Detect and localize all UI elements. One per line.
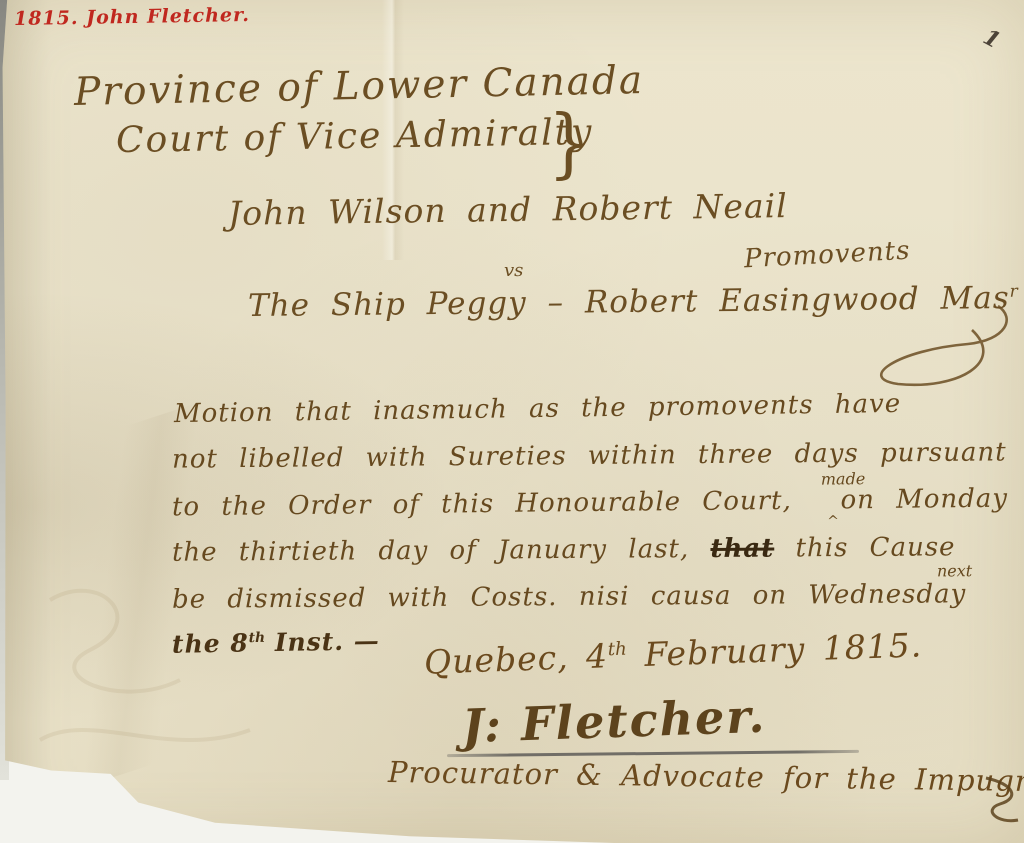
inst-dash: —: [344, 626, 380, 656]
inst-sup: th: [249, 630, 266, 646]
paper-sheet: 1815. John Fletcher. 1 Province of Lower…: [0, 0, 1024, 843]
dateline-sup: th: [607, 639, 627, 661]
body-line-3-cont: on Monday: [840, 484, 1008, 516]
body-line-6: the 8th Inst. —: [172, 626, 380, 659]
body-line-1: Motion that inasmuch as the promovents h…: [174, 389, 902, 429]
interlinear-insertion: made^: [813, 486, 820, 516]
inserted-word-next: next: [937, 561, 972, 580]
ship-caption-line: The Ship Peggy – Robert Easingwood Masr: [248, 280, 1018, 324]
body-line-5: be dismissed with Costs. nisi causa on W…: [172, 579, 967, 615]
manuscript-scan: 1815. John Fletcher. 1 Province of Lower…: [0, 0, 1024, 843]
body-line-3: to the Order of this Honourable Court, m…: [172, 484, 1008, 523]
body-line-4-text: the thirtieth day of January last,: [172, 534, 689, 568]
wednesday-word: Wednesday: [808, 579, 966, 610]
dateline: Quebec, 4th February 1815.: [423, 625, 922, 681]
versus-label: vs: [504, 260, 523, 281]
inserted-word: made: [821, 469, 866, 488]
inst-a: the 8: [172, 628, 249, 658]
body-line-4-cont: this Cause: [795, 532, 955, 563]
master-superscript: r: [1009, 282, 1017, 302]
body-line-3-text: to the Order of this Honourable Court,: [172, 486, 792, 522]
promovents-names: John Wilson and Robert Neail: [228, 186, 788, 233]
signature-role: Procurator & Advocate for the Impugnants: [388, 755, 1024, 799]
body-line-5-text: be dismissed with Costs. nisi causa on: [172, 580, 787, 614]
dateline-rest: February 1815.: [626, 625, 923, 674]
inst-b: Inst.: [265, 627, 344, 657]
body-line-2: not libelled with Sureties within three …: [172, 437, 1007, 474]
dateline-place: Quebec, 4: [423, 636, 608, 681]
caret-mark: ^: [827, 513, 840, 529]
archival-note: 1815. John Fletcher.: [14, 4, 250, 30]
wednesday-with-insert: Wednesdaynext: [808, 579, 966, 610]
ship-name: The Ship Peggy –: [248, 285, 564, 324]
signature: J: Fletcher.: [461, 689, 767, 754]
brace-glyph: }: [548, 98, 590, 187]
page-number-mark: 1: [979, 24, 1005, 54]
heading-court: Court of Vice Admiralty: [116, 112, 594, 161]
master-name: Robert Easingwood Mas: [585, 280, 1010, 320]
struck-word: that: [710, 534, 774, 564]
body-line-4: the thirtieth day of January last, that …: [172, 532, 956, 567]
promovents-label: Promovents: [743, 236, 911, 275]
